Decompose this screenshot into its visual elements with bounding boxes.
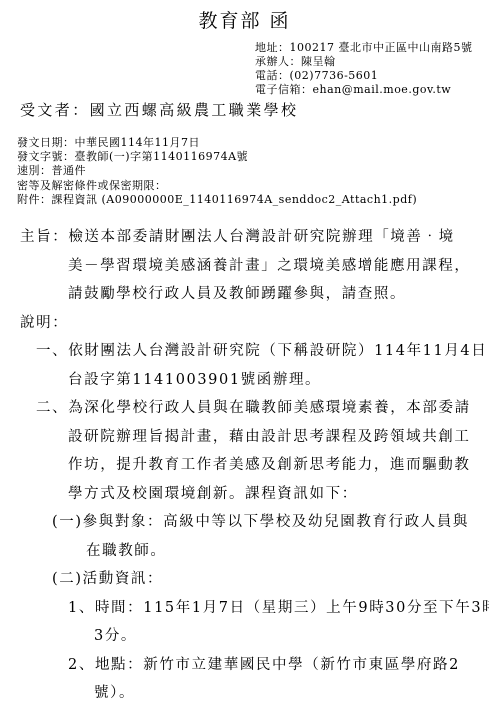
sub1-text-1: 參與對象：高級中等以下學校及幼兒園教育行政人員與 — [83, 514, 469, 530]
item1-line-1: 一、依財團法人台灣設計研究院（下稱設研院）114年11月4日 — [68, 337, 489, 366]
detail2-text-1: 地點：新竹市立建華國民中學（新竹市東區學府路2 — [95, 657, 460, 673]
subject-line-1: 主旨：檢送本部委請財團法人台灣設計研究院辦理「境善‧境 — [68, 223, 489, 252]
priority-line: 速別：普通件 — [17, 164, 417, 178]
subject-label: 主旨： — [20, 229, 68, 245]
detail-item-1: 1、時間：115年1月7日（星期三）上午9時30分至下午3時 3分。 — [0, 594, 489, 651]
subject-line-2: 美－學習環境美感涵養計畫」之環境美感增能應用課程， — [68, 252, 489, 281]
sub2-label: (二) — [52, 571, 83, 587]
sub1-label: (一) — [52, 514, 83, 530]
detail2-label: 2、 — [68, 657, 95, 673]
issue-date-line: 發文日期：中華民國114年11月7日 — [17, 136, 417, 150]
detail1-label: 1、 — [68, 600, 95, 616]
doc-meta-block: 發文日期：中華民國114年11月7日 發文字號：臺教師(一)字第11401169… — [17, 136, 417, 207]
sender-email: 電子信箱：ehan@mail.moe.gov.tw — [255, 83, 473, 97]
letter-body: 主旨：檢送本部委請財團法人台灣設計研究院辦理「境善‧境 美－學習環境美感涵養計畫… — [0, 223, 489, 705]
subject-paragraph: 主旨：檢送本部委請財團法人台灣設計研究院辦理「境善‧境 美－學習環境美感涵養計畫… — [0, 223, 489, 309]
explanation-sub-item-1: (一)參與對象：高級中等以下學校及幼兒園教育行政人員與 在職教師。 — [0, 508, 489, 565]
sub1-line-1: (一)參與對象：高級中等以下學校及幼兒園教育行政人員與 — [86, 508, 489, 537]
sub2-line-1: (二)活動資訊： — [86, 565, 489, 594]
item2-line-1: 二、為深化學校行政人員與在職教師美感環境素養，本部委請 — [68, 394, 489, 423]
subject-line-3: 請鼓勵學校行政人員及教師踴躍參與，請查照。 — [68, 280, 489, 309]
item2-line-3: 作坊，提升教育工作者美感及創新思考能力，進而驅動教 — [68, 451, 489, 480]
official-letter-page: 教育部 函 地址：100217 臺北市中正區中山南路5號 承辦人：陳呈翰 電話：… — [0, 0, 489, 705]
detail2-line-2: 號）。 — [94, 679, 489, 705]
detail1-line-1: 1、時間：115年1月7日（星期三）上午9時30分至下午3時 — [94, 594, 489, 623]
explanation-item-1: 一、依財團法人台灣設計研究院（下稱設研院）114年11月4日 台設字第11410… — [0, 337, 489, 394]
explanation-label: 說明： — [20, 309, 489, 338]
detail1-text-1: 時間：115年1月7日（星期三）上午9時30分至下午3時 — [95, 600, 489, 616]
doc-number-line: 發文字號：臺教師(一)字第1140116974A號 — [17, 150, 417, 164]
detail2-line-1: 2、地點：新竹市立建華國民中學（新竹市東區學府路2 — [94, 651, 489, 680]
item2-text-1: 為深化學校行政人員與在職教師美感環境素養，本部委請 — [68, 400, 471, 416]
sender-info-block: 地址：100217 臺北市中正區中山南路5號 承辦人：陳呈翰 電話：(02)77… — [255, 41, 473, 97]
explanation-heading: 說明： — [0, 309, 489, 338]
detail-item-2: 2、地點：新竹市立建華國民中學（新竹市東區學府路2 號）。 — [0, 651, 489, 705]
sender-address: 地址：100217 臺北市中正區中山南路5號 — [255, 41, 473, 55]
document-title: 教育部 函 — [0, 6, 489, 33]
sender-phone: 電話：(02)7736-5601 — [255, 69, 473, 83]
explanation-item-2: 二、為深化學校行政人員與在職教師美感環境素養，本部委請 設研院辦理旨揭計畫，藉由… — [0, 394, 489, 508]
explanation-sub-item-2: (二)活動資訊： — [0, 565, 489, 594]
recipient-line: 受文者：國立西螺高級農工職業學校 — [20, 99, 298, 120]
sender-contact-person: 承辦人：陳呈翰 — [255, 55, 473, 69]
security-line: 密等及解密條件或保密期限： — [17, 179, 417, 193]
detail1-line-2: 3分。 — [94, 622, 489, 651]
item1-label: 一、 — [36, 343, 68, 359]
item2-label: 二、 — [36, 400, 68, 416]
item2-line-4: 學方式及校園環境創新。課程資訊如下： — [68, 480, 489, 509]
sub2-text-1: 活動資訊： — [83, 571, 164, 587]
attachment-line: 附件：課程資訊 (A09000000E_1140116974A_senddoc2… — [17, 193, 417, 207]
item1-text-1: 依財團法人台灣設計研究院（下稱設研院）114年11月4日 — [68, 343, 487, 359]
item1-line-2: 台設字第1141003901號函辦理。 — [68, 366, 489, 395]
sub1-line-2: 在職教師。 — [86, 537, 489, 566]
item2-line-2: 設研院辦理旨揭計畫，藉由設計思考課程及跨領域共創工 — [68, 423, 489, 452]
subject-text-1: 檢送本部委請財團法人台灣設計研究院辦理「境善‧境 — [68, 229, 454, 245]
